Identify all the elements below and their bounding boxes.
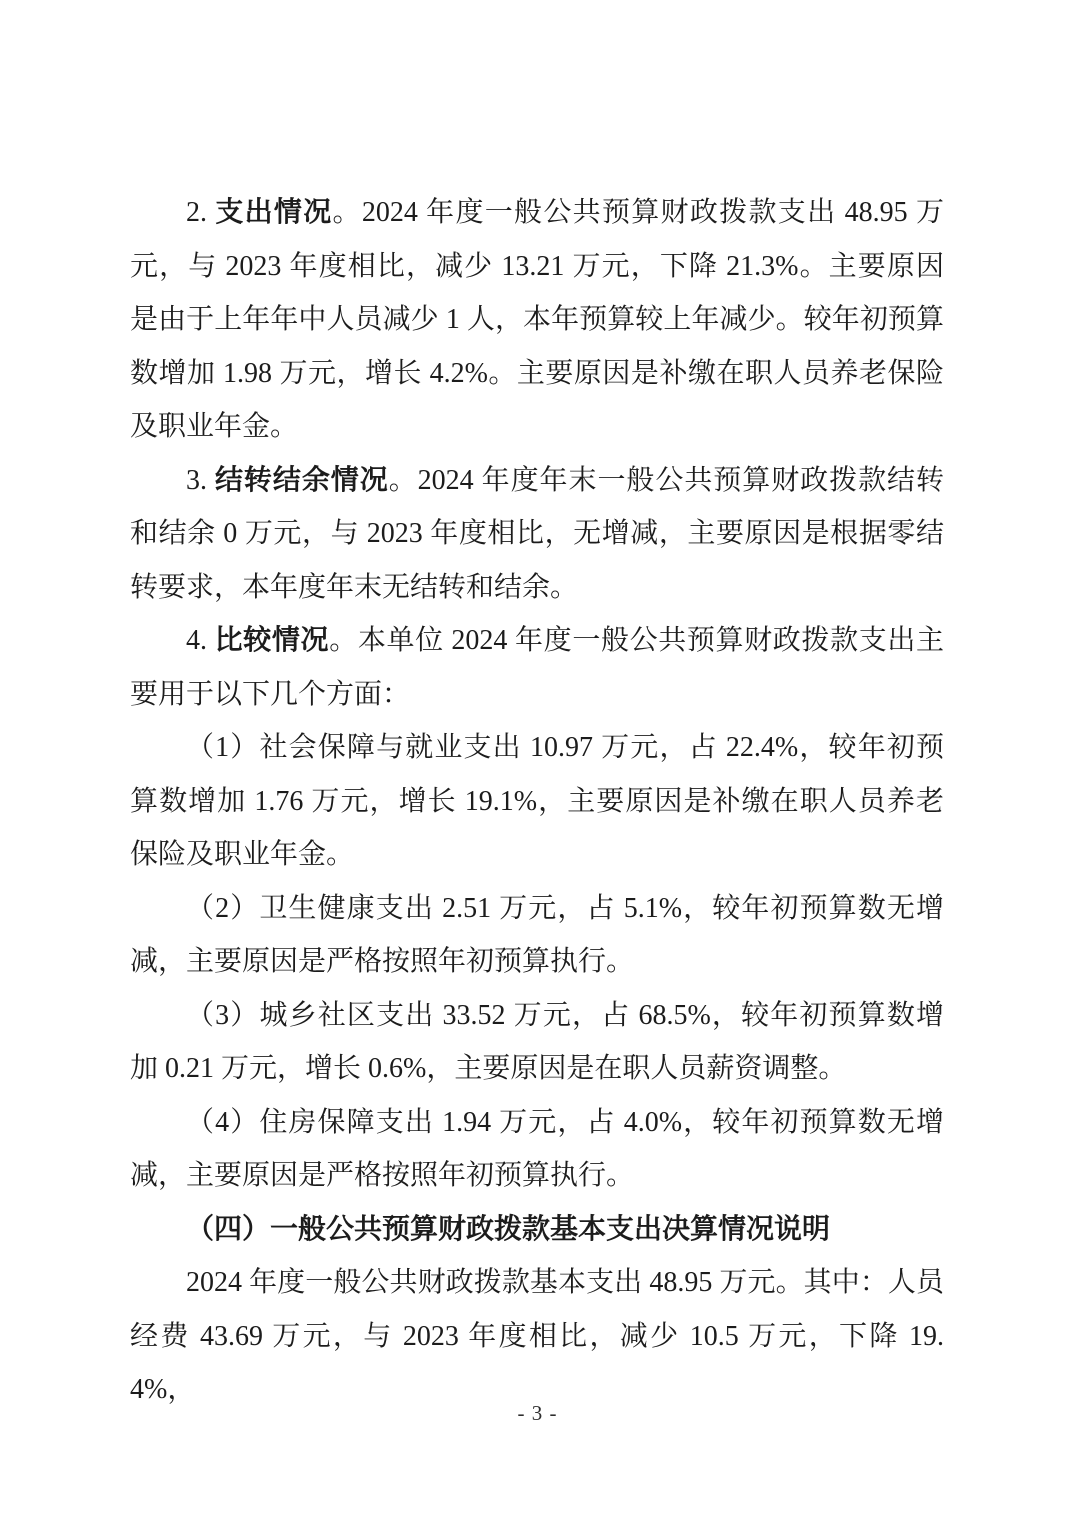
emphasis-text: （四）一般公共预算财政拨款基本支出决算情况说明 — [186, 1214, 830, 1245]
page: 2. 支出情况。2024 年度一般公共预算财政拨款支出 48.95 万元，与 2… — [0, 0, 1075, 1520]
paragraph: （3）城乡社区支出 33.52 万元，占 68.5%，较年初预算数增加 0.21… — [130, 989, 944, 1096]
page-number: - 3 - — [0, 1401, 1075, 1426]
paragraph: （四）一般公共预算财政拨款基本支出决算情况说明 — [130, 1203, 944, 1257]
paragraph: 2024 年度一般公共财政拨款基本支出 48.95 万元。其中：人员经费 43.… — [130, 1256, 944, 1417]
body-text: （1）社会保障与就业支出 10.97 万元，占 22.4%，较年初预算数增加 1… — [130, 732, 944, 870]
emphasis-text: 结转结余情况 — [215, 465, 389, 496]
body-text: （3）城乡社区支出 33.52 万元，占 68.5%，较年初预算数增加 0.21… — [130, 1000, 944, 1085]
paragraph: （2）卫生健康支出 2.51 万元，占 5.1%，较年初预算数无增减，主要原因是… — [130, 882, 944, 989]
paragraph: （4）住房保障支出 1.94 万元，占 4.0%，较年初预算数无增减，主要原因是… — [130, 1096, 944, 1203]
body-text: 2024 年度一般公共财政拨款基本支出 48.95 万元。其中：人员经费 43.… — [130, 1267, 944, 1405]
paragraph: 2. 支出情况。2024 年度一般公共预算财政拨款支出 48.95 万元，与 2… — [130, 186, 944, 454]
paragraph: 4. 比较情况。本单位 2024 年度一般公共预算财政拨款支出主要用于以下几个方… — [130, 614, 944, 721]
paragraph: 3. 结转结余情况。2024 年度年末一般公共预算财政拨款结转和结余 0 万元，… — [130, 454, 944, 615]
body-text: 。2024 年度一般公共预算财政拨款支出 48.95 万元，与 2023 年度相… — [130, 197, 944, 442]
paragraph: （1）社会保障与就业支出 10.97 万元，占 22.4%，较年初预算数增加 1… — [130, 721, 944, 882]
body-text: 2. — [186, 197, 215, 228]
document-body: 2. 支出情况。2024 年度一般公共预算财政拨款支出 48.95 万元，与 2… — [130, 186, 944, 1417]
body-text: 4. — [186, 625, 215, 656]
body-text: （4）住房保障支出 1.94 万元，占 4.0%，较年初预算数无增减，主要原因是… — [130, 1107, 944, 1192]
body-text: （2）卫生健康支出 2.51 万元，占 5.1%，较年初预算数无增减，主要原因是… — [130, 893, 944, 978]
body-text: 3. — [186, 465, 215, 496]
emphasis-text: 支出情况 — [215, 197, 332, 228]
emphasis-text: 比较情况 — [215, 625, 330, 656]
